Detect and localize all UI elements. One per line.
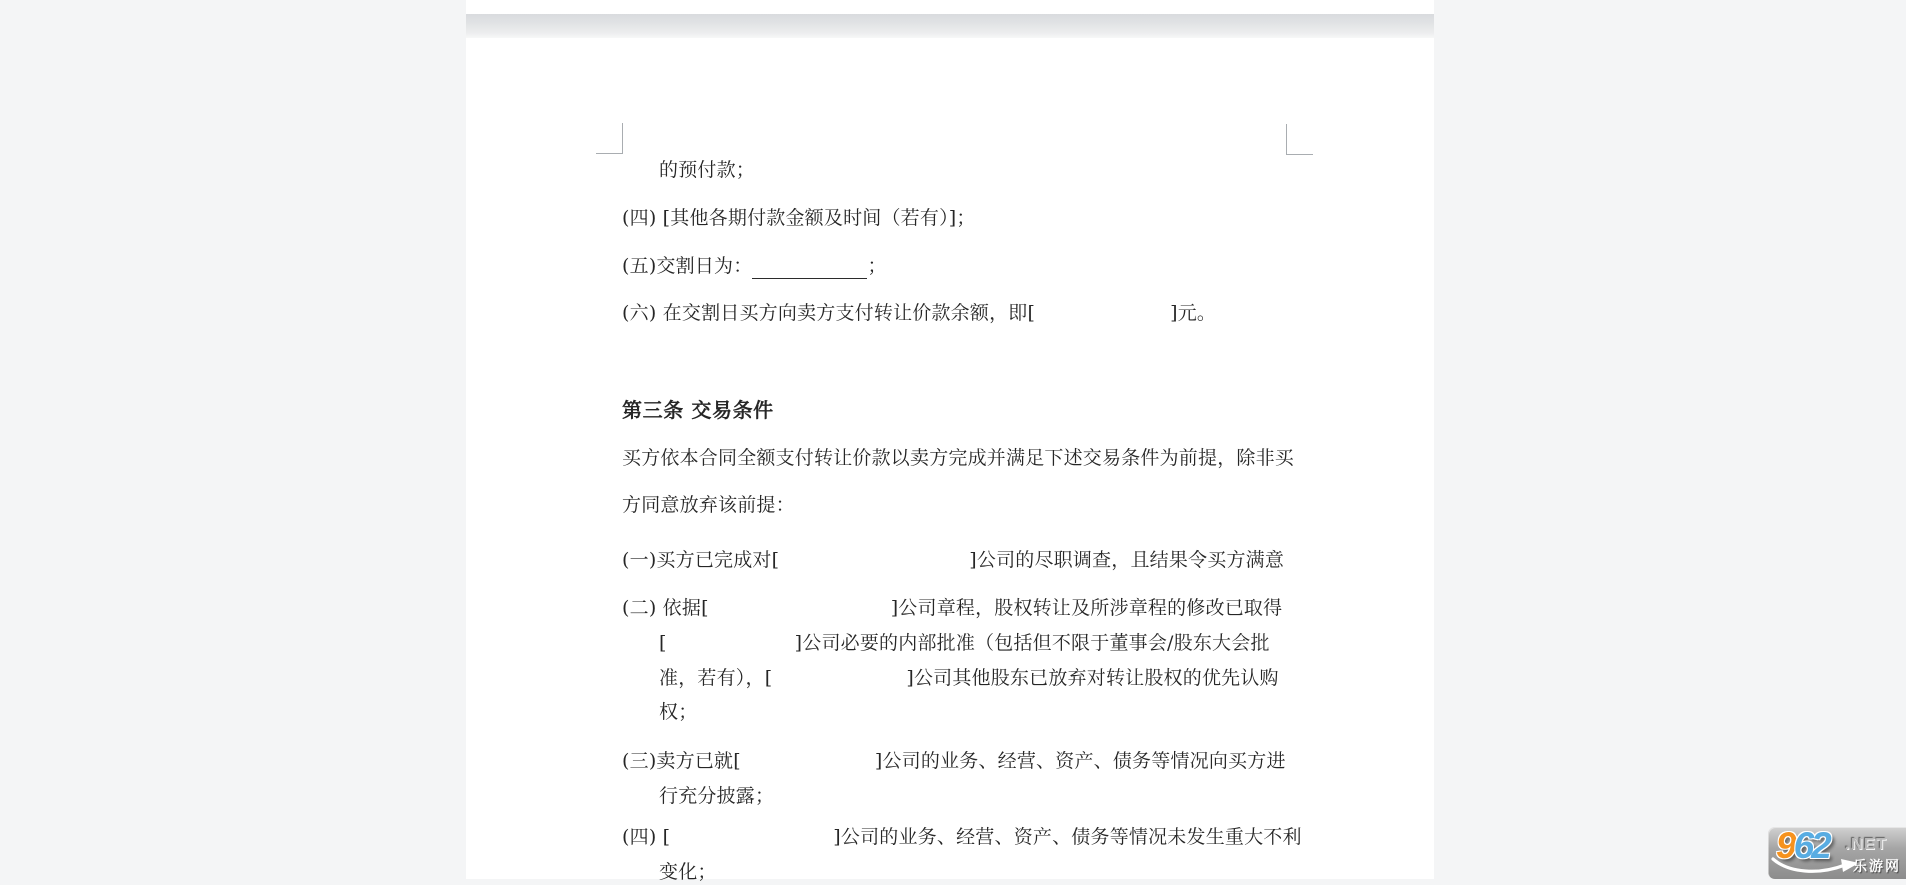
- document-viewer: 的预付款；(四) [其他各期付款金额及时间（若有）]；(五)交割日为：；(六) …: [0, 0, 1906, 879]
- watermark-site-name: 乐游网: [1853, 856, 1901, 876]
- document-line: 行充分披露；: [659, 783, 774, 809]
- document-line: (一)买方已完成对[]公司的尽职调查，且结果令买方满意: [622, 547, 1284, 573]
- document-line: (五)交割日为：；: [622, 253, 887, 279]
- previous-page-bottom: [466, 0, 1434, 14]
- document-line: 第三条 交易条件: [622, 397, 774, 423]
- document-line: 方同意放弃该前提：: [622, 492, 795, 518]
- document-line: 买方依本合同全额支付转让价款以卖方完成并满足下述交易条件为前提，除非买: [622, 445, 1294, 471]
- document-line: 准，若有），[]公司其他股东已放弃对转让股权的优先认购: [659, 665, 1279, 691]
- document-line: (二) 依据[]公司章程，股权转让及所涉章程的修改已取得: [622, 595, 1282, 621]
- document-line: []公司必要的内部批准（包括但不限于董事会/股东大会批: [659, 630, 1270, 656]
- document-line: 权；: [659, 699, 697, 725]
- document-line: (四) [其他各期付款金额及时间（若有）]；: [622, 205, 976, 231]
- margin-mark-top-left-icon: [596, 123, 623, 154]
- watermark-logo: 962 .NET 乐游网: [1768, 827, 1906, 879]
- document-content: 的预付款；(四) [其他各期付款金额及时间（若有）]；(五)交割日为：；(六) …: [622, 153, 1286, 879]
- margin-mark-top-right-icon: [1286, 124, 1313, 155]
- document-line: (四) []公司的业务、经营、资产、债务等情况未发生重大不利: [622, 824, 1302, 850]
- document-line: 变化；: [659, 859, 717, 879]
- document-line: (六) 在交割日买方向卖方支付转让价款余额，即[]元。: [622, 300, 1216, 326]
- document-line: 的预付款；: [659, 157, 755, 183]
- page-separator: [466, 14, 1434, 38]
- swoosh-arrow-icon: [1771, 855, 1861, 877]
- document-line: (三)卖方已就[]公司的业务、经营、资产、债务等情况向买方进: [622, 748, 1286, 774]
- watermark-net-label: .NET: [1845, 836, 1887, 854]
